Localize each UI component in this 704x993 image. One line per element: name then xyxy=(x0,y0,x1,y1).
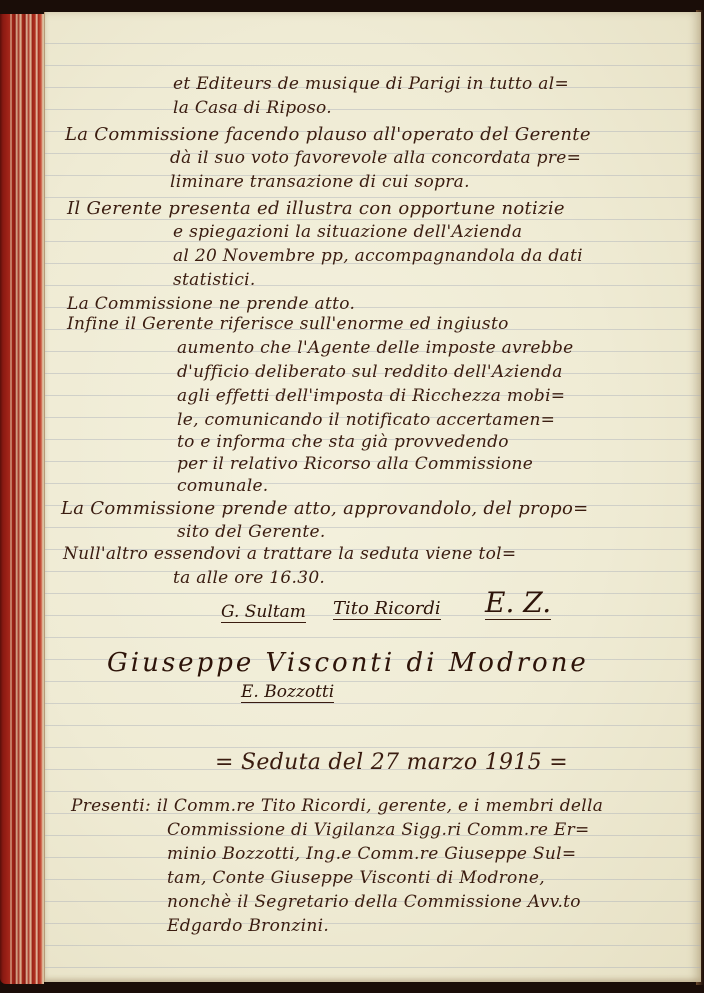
text-line: al 20 Novembre pp, accompagnandola da da… xyxy=(173,246,583,266)
text-line: Il Gerente presenta ed illustra con oppo… xyxy=(67,198,565,219)
text-line: nonchè il Segretario della Commissione A… xyxy=(167,892,581,912)
text-line: Null'altro essendovi a trattare la sedut… xyxy=(63,544,516,564)
text-line: minio Bozzotti, Ing.e Comm.re Giuseppe S… xyxy=(167,844,576,864)
text-line: Presenti: il Comm.re Tito Ricordi, geren… xyxy=(71,796,603,816)
text-line: Commissione di Vigilanza Sigg.ri Comm.re… xyxy=(167,820,590,840)
text-line: La Commissione ne prende atto. xyxy=(67,294,355,314)
text-line: tam, Conte Giuseppe Visconti di Modrone, xyxy=(167,868,545,888)
text-line: per il relativo Ricorso alla Commissione xyxy=(177,454,533,474)
text-line: ta alle ore 16.30. xyxy=(173,568,325,588)
text-line: statistici. xyxy=(173,270,256,290)
session-heading: = Seduta del 27 marzo 1915 = xyxy=(215,750,568,775)
signature: E. Bozzotti xyxy=(241,682,334,703)
text-line: to e informa che sta già provvedendo xyxy=(177,432,509,452)
text-line: agli effetti dell'imposta di Ricchezza m… xyxy=(177,386,565,406)
text-line: la Casa di Riposo. xyxy=(173,98,332,118)
text-line: comunale. xyxy=(177,476,269,496)
signature: Tito Ricordi xyxy=(333,598,441,620)
text-line: sito del Gerente. xyxy=(177,522,326,542)
signature: G. Sultam xyxy=(221,602,306,623)
text-line: aumento che l'Agente delle imposte avreb… xyxy=(177,338,574,358)
text-line: le, comunicando il notificato accertamen… xyxy=(177,410,555,430)
ledger-page: et Editeurs de musique di Parigi in tutt… xyxy=(44,12,701,982)
text-line: La Commissione prende atto, approvandolo… xyxy=(61,498,588,519)
signature: Giuseppe Visconti di Modrone xyxy=(107,648,589,678)
text-line: Infine il Gerente riferisce sull'enorme … xyxy=(67,314,509,334)
text-line: et Editeurs de musique di Parigi in tutt… xyxy=(173,74,569,94)
text-line: e spiegazioni la situazione dell'Azienda xyxy=(173,222,522,242)
text-line: d'ufficio deliberato sul reddito dell'Az… xyxy=(177,362,563,382)
signature: E. Z. xyxy=(485,586,551,620)
text-line: Edgardo Bronzini. xyxy=(167,916,329,936)
ledger-book: et Editeurs de musique di Parigi in tutt… xyxy=(0,0,704,993)
text-line: dà il suo voto favorevole alla concordat… xyxy=(170,148,581,168)
page-edges-red xyxy=(0,14,44,984)
text-line: liminare transazione di cui sopra. xyxy=(170,172,470,192)
text-line: La Commissione facendo plauso all'operat… xyxy=(65,124,591,145)
